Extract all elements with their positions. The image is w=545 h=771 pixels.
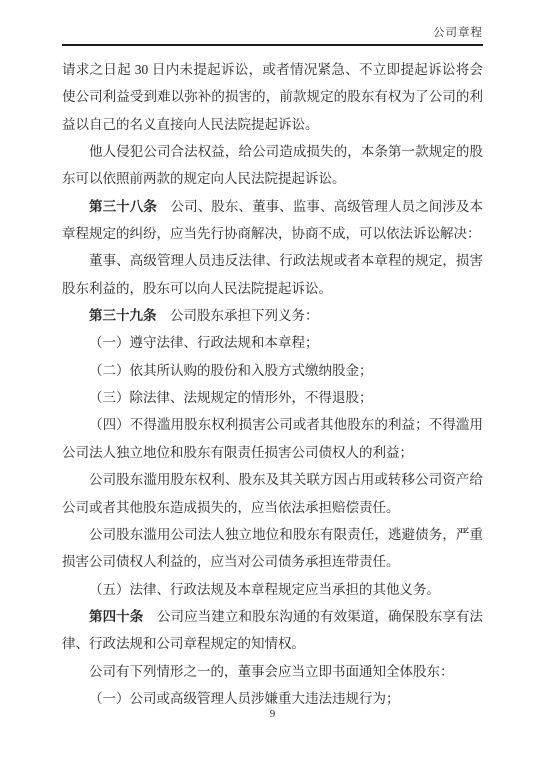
article-paragraph: 第三十八条 公司、股东、董事、监事、高级管理人员之间涉及本章程规定的纠纷，应当先…	[62, 193, 483, 248]
header-title: 公司章程	[433, 27, 483, 39]
body-paragraph: 董事、高级管理人员违反法律、行政法规或者本章程的规定，损害股东利益的，股东可以向…	[62, 247, 483, 302]
body-paragraph: 他人侵犯公司合法权益，给公司造成损失的，本条第一款规定的股东可以依照前两款的规定…	[62, 138, 483, 193]
body-paragraph: （二）依其所认购的股份和入股方式缴纳股金；	[62, 357, 483, 384]
body-paragraph: 公司有下列情形之一的，董事会应当立即书面通知全体股东：	[62, 658, 483, 685]
document-body: 请求之日起 30 日内未提起诉讼，或者情况紧急、不立即提起诉讼将会使公司利益受到…	[62, 56, 483, 712]
article-number: 第四十条	[89, 609, 143, 624]
body-paragraph: （四）不得滥用股东权利损害公司或者其他股东的利益；不得滥用公司法人独立地位和股东…	[62, 411, 483, 466]
page-number: 9	[270, 708, 276, 720]
body-paragraph: 公司股东滥用股东权利、股东及其关联方因占用或转移公司资产给公司或者其他股东造成损…	[62, 466, 483, 521]
body-paragraph: （一）遵守法律、行政法规和本章程；	[62, 329, 483, 356]
article-number: 第三十八条	[89, 199, 157, 214]
body-paragraph: （五）法律、行政法规及本章程规定应当承担的其他义务。	[62, 576, 483, 603]
article-paragraph: 第三十九条 公司股东承担下列义务：	[62, 302, 483, 329]
continuation-paragraph: 请求之日起 30 日内未提起诉讼，或者情况紧急、不立即提起诉讼将会使公司利益受到…	[62, 56, 483, 138]
document-page: 公司章程 请求之日起 30 日内未提起诉讼，或者情况紧急、不立即提起诉讼将会使公…	[0, 0, 545, 771]
page-footer: 9	[0, 708, 545, 720]
body-paragraph: （三）除法律、法规规定的情形外，不得退股；	[62, 384, 483, 411]
body-paragraph: 公司股东滥用公司法人独立地位和股东有限责任，逃避债务，严重损害公司债权人利益的，…	[62, 521, 483, 576]
article-number: 第三十九条	[89, 308, 157, 323]
article-paragraph: 第四十条 公司应当建立和股东沟通的有效渠道，确保股东享有法律、行政法规和公司章程…	[62, 603, 483, 658]
page-header: 公司章程	[62, 24, 483, 46]
